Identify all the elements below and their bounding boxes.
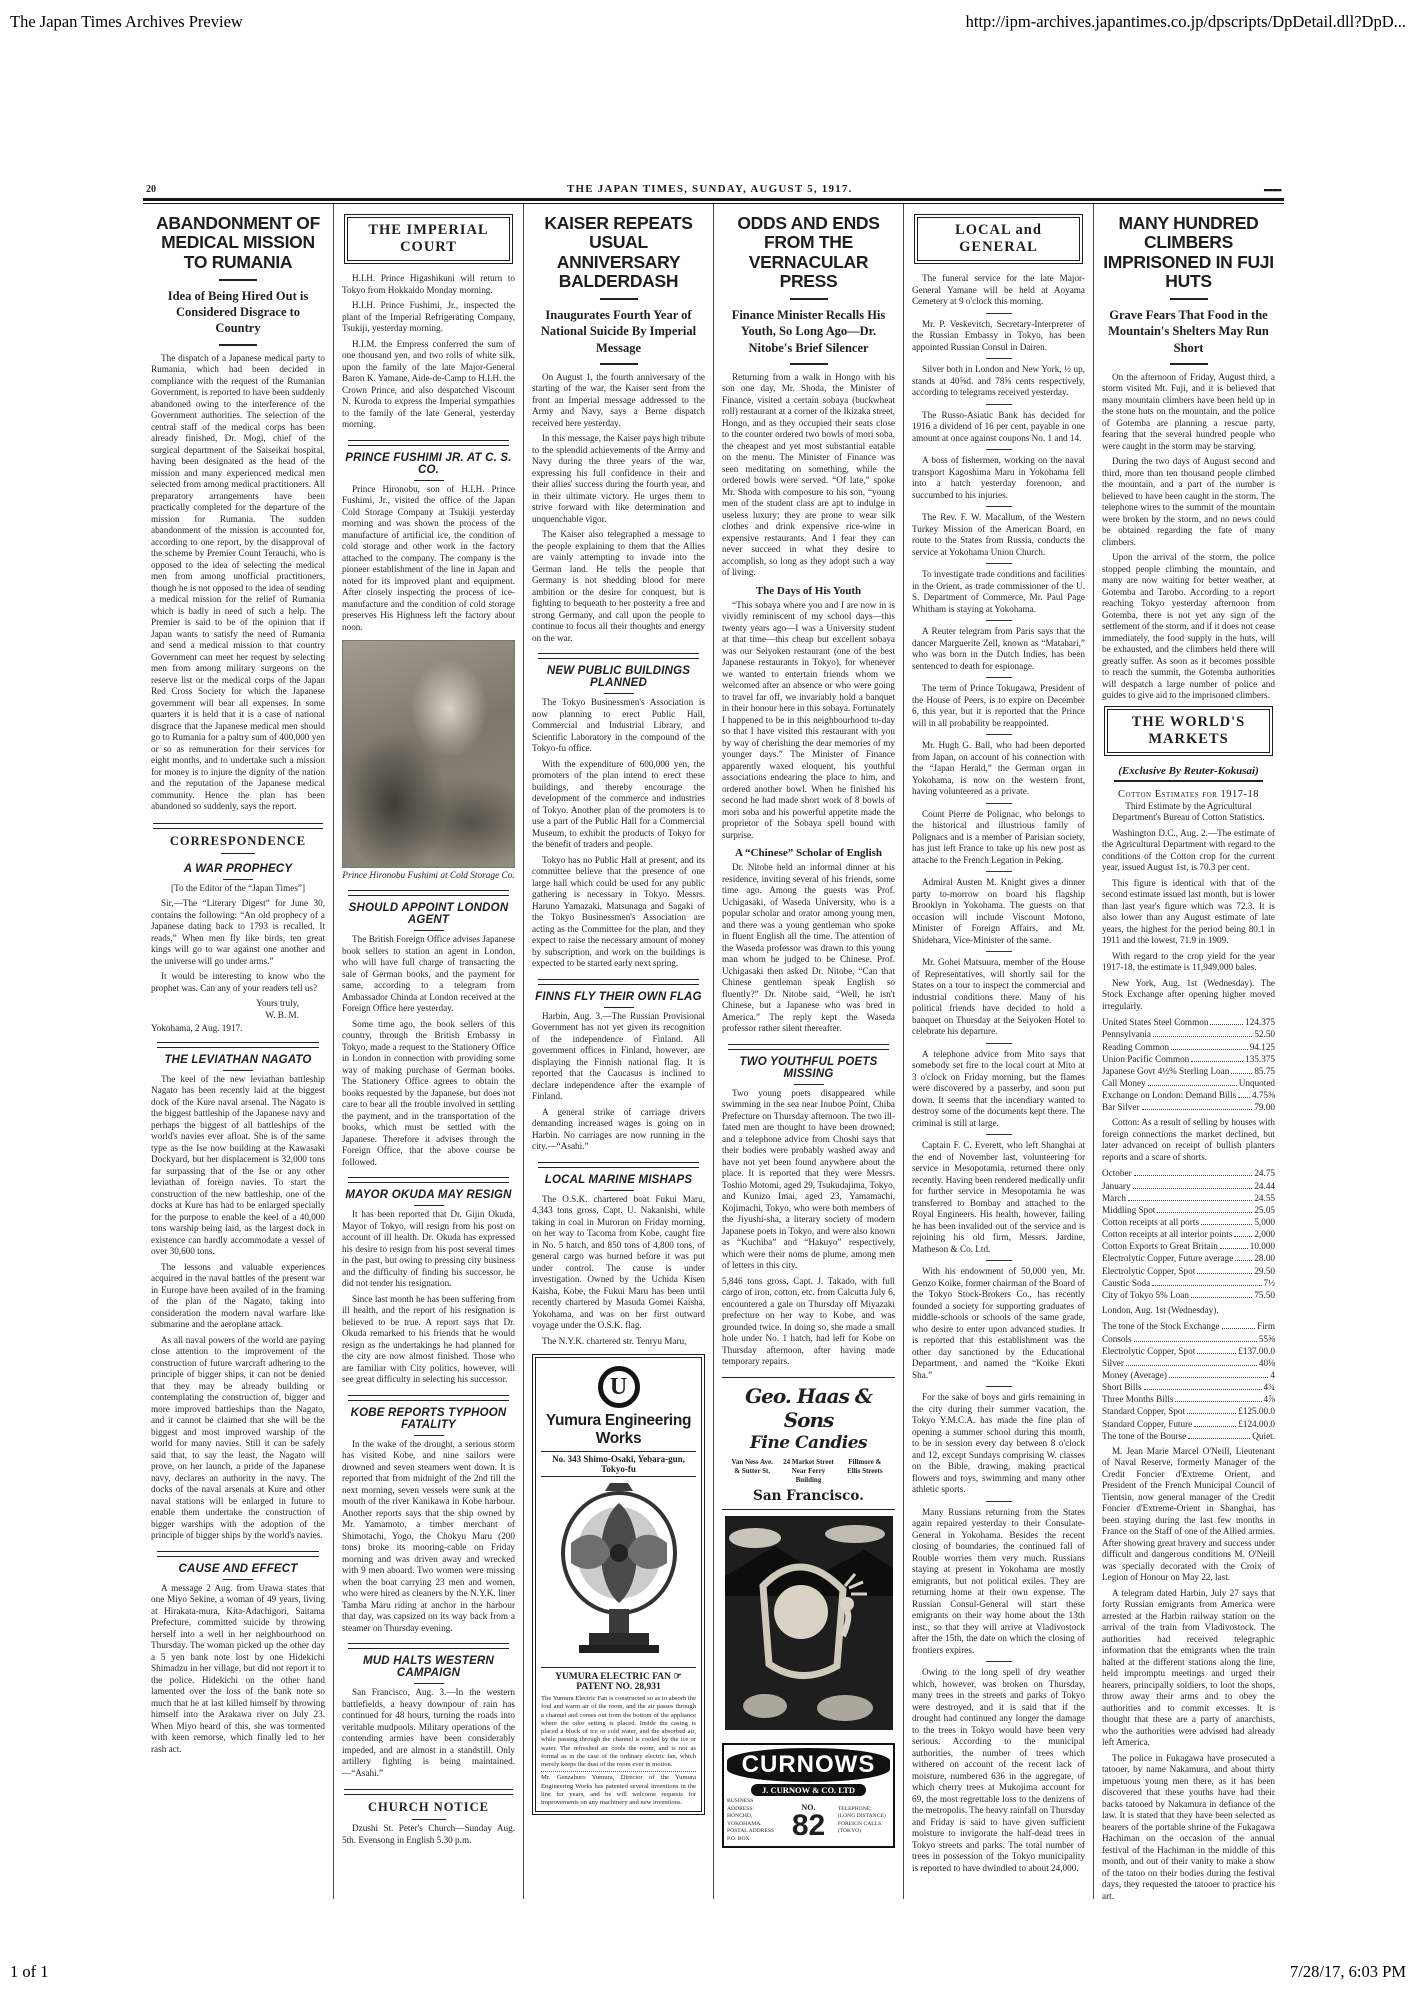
sub-headline: SHOULD APPOINT LONDON AGENT [342,890,515,931]
body-paragraph: A boss of fishermen, working on the nava… [912,455,1085,501]
page-indicator: 1 of 1 [10,1962,49,1982]
market-quotations: United States Steel Common124.375Pennsyl… [1102,1016,1275,1113]
item-divider [986,1260,1012,1261]
market-value: 25.05 [1254,1204,1275,1216]
market-row: January24.44 [1102,1180,1275,1192]
market-row: Consols55⅝ [1102,1333,1275,1345]
body-paragraph: Returning from a walk in Hongo with his … [722,372,895,579]
sub-headline: KOBE REPORTS TYPHOON FATALITY [342,1395,515,1436]
sub-headline: A WAR PROPHECY [151,863,325,880]
body-paragraph: Mr. P. Veskevitch, Secretary-Interpreter… [912,319,1085,354]
market-value: 24.55 [1254,1192,1275,1204]
market-value: 4 [1270,1369,1275,1381]
body-paragraph: The Russo-Asiatic Bank has decided for 1… [912,410,1085,445]
advert-company: J. CURNOW & CO. LTD [751,1784,865,1796]
body-paragraph: To investigate trade conditions and faci… [912,569,1085,615]
body-paragraph: A message 2 Aug. from Urawa states that … [151,1583,325,1756]
headline-rule [790,298,828,300]
item-divider [986,449,1012,450]
newspaper-column-3: KAISER REPEATS USUAL ANNIVERSARY BALDERD… [523,204,713,1899]
body-paragraph: London, Aug. 1st (Wednesday). [1102,1305,1275,1317]
market-value: 40⅛ [1259,1357,1275,1369]
market-label: Standard Copper, Future [1102,1418,1192,1430]
market-row: Union Pacific Common135.375 [1102,1053,1275,1065]
advert-yumura: UYumura Engineering WorksNo. 343 Shimo-O… [535,1357,702,1812]
body-paragraph: With the expenditure of 600,000 yen, the… [532,759,705,851]
item-divider [986,506,1012,507]
advert-curnow: CURNOWSJ. CURNOW & CO. LTDBUSINESS ADDRE… [722,1743,895,1848]
body-paragraph: This figure is identical with that of th… [1102,878,1275,947]
body-paragraph: New York, Aug. 1st (Wednesday). The Stoc… [1102,978,1275,1013]
market-row: Money (Average)4 [1102,1369,1275,1381]
item-divider [986,803,1012,804]
newspaper-page: 20 THE JAPAN TIMES, SUNDAY, AUGUST 5, 19… [143,183,1284,1899]
dot-leader [1234,1236,1252,1237]
newspaper-column-2: THE IMPERIAL COURTH.I.H. Prince Higashik… [333,204,523,1899]
market-value: 24.44 [1254,1180,1275,1192]
headline-rule [600,363,638,365]
market-row: Electrolytic Copper, Spot29.50 [1102,1265,1275,1277]
body-paragraph: With his endowment of 50,000 yen, Mr. Ge… [912,1266,1085,1381]
market-label: Three Months Bills [1102,1393,1173,1405]
sub-headline: MUD HALTS WESTERN CAMPAIGN [342,1643,515,1684]
dot-leader [1153,1036,1252,1037]
body-paragraph: A telephone advice from Mito says that s… [912,1049,1085,1130]
advert-addresses: Van Ness Ave. & Sutter St.24 Market Stre… [724,1458,893,1485]
boxed-section-headline: THE IMPERIAL COURT [344,214,513,264]
dot-leader [1197,1353,1236,1354]
body-paragraph: During the two days of August second and… [1102,456,1275,548]
dot-leader [1188,1438,1250,1439]
electric-fan-illustration [545,1481,693,1659]
body-paragraph: Many Russians returning from the States … [912,1507,1085,1657]
sub-headline: PRINCE FUSHIMI JR. AT C. S. CO. [342,440,515,481]
newspaper-column-5: LOCAL and GENERALThe funeral service for… [903,204,1093,1899]
body-paragraph: Admiral Austen M. Knight gives a dinner … [912,877,1085,946]
market-row: Standard Copper, Future£124.00.0 [1102,1418,1275,1430]
market-label: Japanese Govt 4½% Sterling Loan [1102,1065,1229,1077]
newspaper-column-6: MANY HUNDRED CLIMBERS IMPRISONED IN FUJI… [1093,204,1283,1899]
deck-headline: Grave Fears That Food in the Mountain's … [1104,307,1273,356]
body-paragraph: Mr. Gohei Matsuura, member of the House … [912,957,1085,1038]
section-headline: CORRESPONDENCE [151,823,325,854]
body-paragraph: In the wake of the drought, a serious st… [342,1439,515,1635]
market-value: Firm [1257,1320,1275,1332]
body-paragraph: On August 1, the fourth anniversary of t… [532,372,705,430]
headline-rule [1170,363,1208,365]
body-paragraph: Tokyo has no Public Hall at present, and… [532,855,705,970]
market-row: Cotton Exports to Great Britain10.000 [1102,1240,1275,1252]
market-row: March24.55 [1102,1192,1275,1204]
market-label: Union Pacific Common [1102,1053,1189,1065]
body-paragraph: It would be interesting to know who the … [151,971,325,994]
market-row: Electrolytic Copper, Spot£137.00.0 [1102,1345,1275,1357]
dot-leader [1144,1389,1262,1390]
body-paragraph: Mr. Hugh G. Ball, who had been deported … [912,740,1085,798]
advert-title: Geo. Haas & Sons [724,1384,893,1432]
market-label: Caustic Soda [1102,1277,1150,1289]
dot-leader [1238,1097,1250,1098]
advert-contact-left: BUSINESS ADDRESS: HONCHO, YOKOHAMA. POST… [727,1798,779,1843]
body-paragraph: Dr. Nitobe held an informal dinner at hi… [722,862,895,1035]
masthead-title: THE JAPAN TIMES, SUNDAY, AUGUST 5, 1917. [567,183,853,195]
advert-number-value: 82 [792,1812,825,1839]
market-value: £137.00.0 [1238,1345,1275,1357]
market-row: Caustic Soda7½ [1102,1277,1275,1289]
newspaper-column-1: ABANDONMENT OF MEDICAL MISSION TO RUMANI… [143,204,333,1899]
yumura-logo-icon: U [598,1366,640,1408]
section-headline: CHURCH NOTICE [342,1789,515,1820]
market-row: The tone of the BourseQuiet. [1102,1430,1275,1442]
body-paragraph: Owing to the long spell of dry weather w… [912,1667,1085,1874]
dot-leader [1142,1109,1253,1110]
item-divider [986,1501,1012,1502]
dot-leader [1171,1049,1248,1050]
market-row: Electrolytic Copper, Future average28.00 [1102,1252,1275,1264]
dot-leader [1210,1024,1243,1025]
body-paragraph: The term of Prince Tokugawa, President o… [912,683,1085,729]
item-divider [986,563,1012,564]
body-paragraph: Washington D.C., Aug. 2.—The estimate of… [1102,828,1275,874]
advert-illustration [722,1516,895,1735]
market-value: 94.125 [1250,1041,1275,1053]
market-row: Middling Spot25.05 [1102,1204,1275,1216]
body-paragraph: The Tokyo Businessmen's Association is n… [532,697,705,755]
advert-fine-print: Mr. Genzaburo Yumura, Director of the Yu… [541,1771,696,1807]
market-label: Silver [1102,1357,1124,1369]
market-label: Exchange on London: Demand Bills [1102,1089,1236,1101]
item-divider [986,313,1012,314]
market-row: Cotton receipts at all interior points2,… [1102,1228,1275,1240]
advert-title: Fine Candies [724,1433,893,1453]
body-paragraph: Two young poets disappeared while swimmi… [722,1088,895,1272]
sub-headline: LOCAL MARINE MISHAPS [532,1162,705,1191]
sub-headline: MAYOR OKUDA MAY RESIGN [342,1177,515,1206]
photo-image [342,640,515,868]
advert-haas: Geo. Haas & SonsFine CandiesVan Ness Ave… [722,1377,895,1510]
body-paragraph: H.I.H. Prince Higashikuni will return to… [342,273,515,296]
market-row: The tone of the Stock ExchangeFirm [1102,1320,1275,1332]
item-divider [986,1386,1012,1387]
signature: Yours truly, [151,998,325,1010]
item-divider [986,404,1012,405]
market-row: Call MoneyUnquoted [1102,1077,1275,1089]
market-row: Silver40⅛ [1102,1357,1275,1369]
item-divider [986,951,1012,952]
market-value: 5,000 [1254,1216,1275,1228]
headline-rule [790,363,828,365]
market-label: The tone of the Stock Exchange [1102,1320,1220,1332]
market-label: January [1102,1180,1131,1192]
market-label: Reading Common [1102,1041,1169,1053]
market-row: Standard Copper, Spot£125.00.0 [1102,1405,1275,1417]
body-paragraph: “This sobaya where you and I are now in … [722,600,895,842]
preview-url: http://ipm-archives.japantimes.co.jp/dps… [966,12,1406,32]
market-value: Unquoted [1239,1077,1275,1089]
market-label: Cotton Exports to Great Britain [1102,1240,1218,1252]
sub-headline: NEW PUBLIC BUILDINGS PLANNED [532,653,705,694]
sub-headline: The Days of His Youth [722,585,895,597]
advert-product-line: YUMURA ELECTRIC FAN ☞ PATENT NO. 28,931 [541,1667,696,1692]
advert-contact-row: BUSINESS ADDRESS: HONCHO, YOKOHAMA. POST… [727,1798,890,1843]
preview-title: The Japan Times Archives Preview [10,12,243,32]
newspaper-column-4: ODDS AND ENDS FROM THE VERNACULAR PRESSF… [713,204,903,1899]
market-value: 135.375 [1245,1053,1275,1065]
market-value: Quiet. [1252,1430,1275,1442]
body-paragraph: Third Estimate by the Agricultural Depar… [1102,801,1275,824]
market-value: £124.00.0 [1238,1418,1275,1430]
body-paragraph: M. Jean Marie Marcel O'Neill, Lieutenant… [1102,1446,1275,1584]
market-value: 7½ [1264,1277,1275,1289]
body-paragraph: Prince Hironobu, son of H.I.H. Prince Fu… [342,484,515,634]
market-label: Cotton receipts at all ports [1102,1216,1199,1228]
article-headline: ODDS AND ENDS FROM THE VERNACULAR PRESS [722,214,895,291]
market-value: 29.50 [1254,1265,1275,1277]
market-value: 24.75 [1254,1167,1275,1179]
item-divider [986,734,1012,735]
preview-footer: 1 of 1 7/28/17, 6:03 PM [10,1962,1406,1982]
body-paragraph: 5,846 tons gross, Capt. J. Takado, with … [722,1276,895,1368]
body-paragraph: For the sake of boys and girls remaining… [912,1392,1085,1496]
market-row: Short Bills4¾ [1102,1381,1275,1393]
item-divider [986,358,1012,359]
boxed-section-headline: THE WORLD'S MARKETS [1104,706,1273,756]
market-label: Electrolytic Copper, Spot [1102,1265,1195,1277]
body-paragraph: Cotton: As a result of selling by houses… [1102,1117,1275,1163]
body-paragraph: The police in Fukagawa have prosecuted a… [1102,1753,1275,1899]
dot-leader [1152,1285,1261,1286]
body-paragraph: San Francisco, Aug. 3.—In the western ba… [342,1687,515,1779]
item-divider [986,1661,1012,1662]
market-value: 4.75⅜ [1252,1089,1275,1101]
advert-address: No. 343 Shimo-Osaki, Yebara-gun, Tokyo-f… [541,1451,696,1477]
body-paragraph: The Rev. F. W. Macallum, of the Western … [912,512,1085,558]
market-row: City of Tokyo 5% Loan75.50 [1102,1289,1275,1301]
body-paragraph: Harbin, Aug. 3.—The Russian Provisional … [532,1011,705,1103]
dot-leader [1201,1224,1252,1225]
dot-leader [1157,1212,1252,1213]
market-label: October [1102,1167,1132,1179]
fan-illustration [541,1481,696,1664]
dot-leader [1148,1085,1237,1086]
dot-leader [1187,1413,1236,1414]
market-value: 2,000 [1254,1228,1275,1240]
woman-woodcut-illustration [725,1516,893,1730]
boxed-section-headline: LOCAL and GENERAL [914,214,1083,264]
article-headline: MANY HUNDRED CLIMBERS IMPRISONED IN FUJI… [1102,214,1275,291]
dot-leader [1134,1341,1257,1342]
newspaper-masthead: 20 THE JAPAN TIMES, SUNDAY, AUGUST 5, 19… [143,183,1284,198]
body-paragraph: On the afternoon of Friday, August third… [1102,372,1275,453]
dot-leader [1191,1061,1243,1062]
article-headline: KAISER REPEATS USUAL ANNIVERSARY BALDERD… [532,214,705,291]
market-value: 79.00 [1254,1101,1275,1113]
market-label: March [1102,1192,1126,1204]
body-paragraph: Dzushi St. Peter's Church—Sunday Aug. 5t… [342,1823,515,1846]
sub-headline: FINNS FLY THEIR OWN FLAG [532,979,705,1008]
dot-leader [1133,1188,1253,1189]
body-paragraph: In this message, the Kaiser pays high tr… [532,433,705,525]
photo-caption: Prince Hironobu Fushimi at Cold Storage … [342,871,515,881]
market-row: Pennsylvania52.50 [1102,1028,1275,1040]
market-value: 55⅝ [1259,1333,1275,1345]
body-paragraph: With regard to the crop yield for the ye… [1102,951,1275,974]
headline-rule [219,279,257,281]
deck-headline: Idea of Being Hired Out is Considered Di… [153,288,323,337]
body-paragraph: The keel of the new leviathan battleship… [151,1074,325,1258]
print-timestamp: 7/28/17, 6:03 PM [1290,1962,1406,1982]
advert-contact-right: TELEPHONE: (LONG DISTANCE) FOREIGN CALLS… [838,1806,890,1836]
market-value: £125.00.0 [1238,1405,1275,1417]
dot-leader [1175,1401,1261,1402]
body-paragraph: The N.Y.K. chartered str. Tenryu Maru, [532,1336,705,1348]
market-row: Exchange on London: Demand Bills4.75⅜ [1102,1089,1275,1101]
body-paragraph: A general strike of carriage drivers dem… [532,1107,705,1153]
body-paragraph: The O.S.K. chartered boat Fukui Maru, 4,… [532,1194,705,1332]
market-value: 28.00 [1254,1252,1275,1264]
market-label: Short Bills [1102,1381,1142,1393]
deck-headline: Finance Minister Recalls His Youth, So L… [724,307,893,356]
article-headline: ABANDONMENT OF MEDICAL MISSION TO RUMANI… [151,214,325,272]
advert-brand: CURNOWS [727,1748,890,1782]
item-divider [986,677,1012,678]
market-label: The tone of the Bourse [1102,1430,1186,1442]
body-paragraph: The British Foreign Office advises Japan… [342,934,515,1015]
market-label: Bar Silver [1102,1101,1140,1113]
advert-address: Fillmore & Ellis Streets [837,1458,893,1485]
market-value: 10.000 [1250,1240,1275,1252]
print-preview-page: { "viewer": { "title": "The Japan Times … [0,0,1418,2000]
item-divider [986,620,1012,621]
market-label: Middling Spot [1102,1204,1155,1216]
dot-leader [1191,1297,1252,1298]
signature: W. B. M. [151,1010,325,1022]
body-paragraph: A Reuter telegram from Paris says that t… [912,626,1085,672]
advert-number: NO.82 [792,1803,825,1839]
body-paragraph: H.I.H. Prince Fushimi, Jr., inspected th… [342,300,515,335]
body-paragraph: H.I.M. the Empress conferred the sum of … [342,339,515,431]
advert-fine-print: The Yumura Electric Fan is constructed s… [541,1695,696,1769]
body-paragraph: Sir,—The “Literary Digest” for June 30, … [151,898,325,967]
dot-leader [1235,1260,1252,1261]
masthead-kanji-block: ▪▪▪▪▪▪▪▪ [1263,185,1281,195]
market-label: Electrolytic Copper, Spot [1102,1345,1195,1357]
headline-rule [600,298,638,300]
headline-rule [1170,298,1208,300]
market-label: Cotton receipts at all interior points [1102,1228,1232,1240]
dot-leader [1126,1365,1257,1366]
body-paragraph: It has been reported that Dr. Gijin Okud… [342,1209,515,1290]
item-divider [986,1043,1012,1044]
dot-leader [1231,1073,1252,1074]
body-paragraph: Some time ago, the book sellers of this … [342,1019,515,1169]
sub-headline: THE LEVIATHAN NAGATO [151,1042,325,1071]
market-row: October24.75 [1102,1167,1275,1179]
body-paragraph: Upon the arrival of the storm, the polic… [1102,552,1275,702]
sub-headline: CAUSE AND EFFECT [151,1551,325,1580]
market-value: 52.50 [1254,1028,1275,1040]
centered-caps-line: Cotton Estimates for 1917-18 [1102,789,1275,800]
item-divider [986,871,1012,872]
market-value: 85.75 [1254,1065,1275,1077]
market-quotations: October24.75January24.44March24.55Middli… [1102,1167,1275,1301]
body-paragraph: Silver both in London and New York, ½ up… [912,364,1085,399]
newspaper-columns: ABANDONMENT OF MEDICAL MISSION TO RUMANI… [143,204,1284,1899]
market-label: Call Money [1102,1077,1146,1089]
item-divider [986,1134,1012,1135]
dot-leader [1128,1200,1252,1201]
market-value: 4¾ [1264,1381,1275,1393]
sub-headline: A “Chinese” Scholar of English [722,847,895,859]
headline-rule [219,344,257,346]
dot-leader [1197,1273,1252,1274]
market-label: Consols [1102,1333,1132,1345]
dot-leader [1194,1426,1236,1427]
advert-city: San Francisco. [724,1488,893,1504]
market-label: Standard Copper, Spot [1102,1405,1185,1417]
market-row: Reading Common94.125 [1102,1041,1275,1053]
market-row: Japanese Govt 4½% Sterling Loan85.75 [1102,1065,1275,1077]
page-number: 20 [146,184,156,195]
body-paragraph: The funeral service for the late Major-G… [912,273,1085,308]
credit-line: (Exclusive By Reuter-Kokusai) [1114,765,1263,782]
advert-address: 24 Market Street Near Ferry Building [780,1458,836,1485]
market-row: United States Steel Common124.375 [1102,1016,1275,1028]
news-photo: Prince Hironobu Fushimi at Cold Storage … [342,640,515,881]
market-label: United States Steel Common [1102,1016,1208,1028]
dateline: Yokohama, 2 Aug. 1917. [151,1023,325,1033]
market-value: 124.375 [1245,1016,1275,1028]
dot-leader [1134,1175,1253,1176]
body-paragraph: The Kaiser also telegraphed a message to… [532,529,705,644]
market-label: City of Tokyo 5% Loan [1102,1289,1189,1301]
dot-leader [1169,1377,1269,1378]
body-paragraph: As all naval powers of the world are pay… [151,1335,325,1542]
advert-address: Van Ness Ave. & Sutter St. [724,1458,780,1485]
preview-header: The Japan Times Archives Preview http://… [10,12,1406,32]
market-value: 75.50 [1254,1289,1275,1301]
market-row: Bar Silver79.00 [1102,1101,1275,1113]
market-row: Three Months Bills4⅞ [1102,1393,1275,1405]
market-value: 4⅞ [1264,1393,1275,1405]
body-paragraph: Count Pierre de Polignac, who belongs to… [912,809,1085,867]
body-paragraph: Captain F. C. Everett, who left Shanghai… [912,1140,1085,1255]
market-label: Electrolytic Copper, Future average [1102,1252,1233,1264]
body-paragraph: [To the Editor of the “Japan Times”] [151,883,325,895]
dot-leader [1220,1248,1248,1249]
advert-title: Yumura Engineering Works [541,1412,696,1448]
dot-leader [1222,1328,1256,1329]
sub-headline: TWO YOUTHFUL POETS MISSING [722,1044,895,1085]
body-paragraph: The lessons and valuable experiences acq… [151,1262,325,1331]
body-paragraph: Since last month he has been suffering f… [342,1294,515,1386]
body-paragraph: The dispatch of a Japanese medical party… [151,353,325,813]
market-label: Pennsylvania [1102,1028,1151,1040]
market-quotations: The tone of the Stock ExchangeFirmConsol… [1102,1320,1275,1441]
market-row: Cotton receipts at all ports5,000 [1102,1216,1275,1228]
body-paragraph: A telegram dated Harbin, July 27 says th… [1102,1588,1275,1749]
deck-headline: Inaugurates Fourth Year of National Suic… [534,307,703,356]
market-label: Money (Average) [1102,1369,1167,1381]
